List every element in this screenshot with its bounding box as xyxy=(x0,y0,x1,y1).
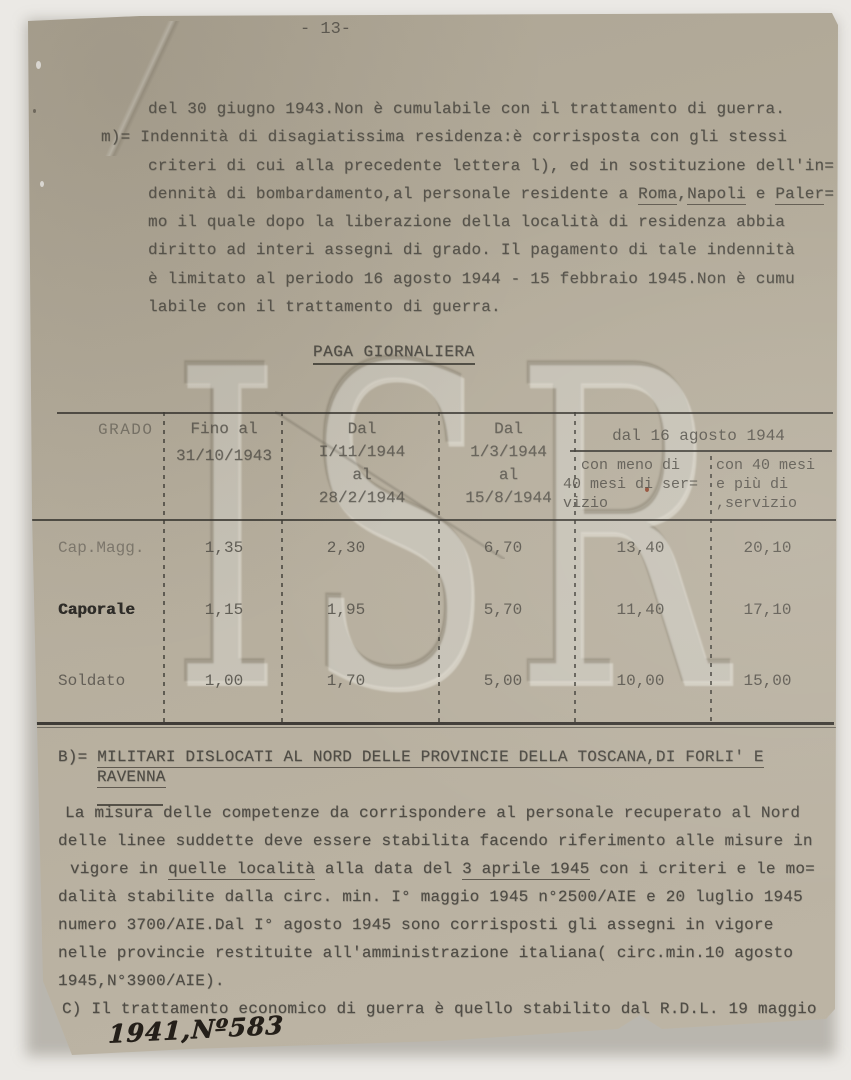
text-line: nelle provincie restituite all'amministr… xyxy=(58,939,817,967)
text-segment: quelle località xyxy=(168,860,315,880)
value-cell: 20,10 xyxy=(720,538,815,558)
table-top-rule xyxy=(57,412,833,414)
header-line: I/11/1944 xyxy=(286,441,438,464)
text-segment: vigore in xyxy=(70,860,168,878)
header-col1: Fino al31/10/1943 xyxy=(168,416,280,470)
header-line: 1/3/1944 xyxy=(443,441,574,464)
text-segment: Paler xyxy=(775,185,824,205)
header-line: 15/8/1944 xyxy=(443,487,574,510)
header-dal16: dal 16 agosto 1944 xyxy=(565,427,832,445)
table-header-rule xyxy=(30,519,836,521)
text-line: B)= MILITARI DISLOCATI AL NORD DELLE PRO… xyxy=(58,743,817,771)
value-cell: 5,00 xyxy=(443,671,563,691)
text-line: è limitato al periodo 16 agosto 1944 - 1… xyxy=(148,265,834,293)
value-cell: 10,00 xyxy=(578,671,703,691)
text-segment: nelle provincie restituite all'amministr… xyxy=(58,944,793,962)
text-segment: B)= xyxy=(58,748,97,766)
text-segment: del 30 giugno 1943.Non è cumulabile con … xyxy=(148,100,785,118)
ravenna-underline xyxy=(97,804,163,806)
text-segment: dalità stabilite dalla circ. min. I° mag… xyxy=(58,888,803,906)
value-cell: 2,30 xyxy=(286,538,406,558)
header-line: al xyxy=(443,464,574,487)
table-bottom-rule xyxy=(34,722,834,725)
text-line: del 30 giugno 1943.Non è cumulabile con … xyxy=(148,95,834,123)
header-line: Dal xyxy=(443,418,574,441)
text-segment: , xyxy=(677,185,687,203)
value-cell: 15,00 xyxy=(720,671,815,691)
value-cell: 11,40 xyxy=(578,600,703,620)
value-cell: 1,00 xyxy=(168,671,280,691)
grado-cell: Cap.Magg. xyxy=(58,538,144,558)
header-line: ,servizio xyxy=(716,494,815,513)
header-line: Dal xyxy=(286,418,438,441)
text-line: dalità stabilite dalla circ. min. I° mag… xyxy=(58,883,817,911)
grado-cell: Soldato xyxy=(58,671,125,691)
paper-fleck xyxy=(33,109,36,113)
paragraph-m: del 30 giugno 1943.Non è cumulabile con … xyxy=(101,95,834,321)
header-line: 28/2/1944 xyxy=(286,487,438,510)
value-cell: 13,40 xyxy=(578,538,703,558)
text-segment: La misura delle competenze da corrispond… xyxy=(65,804,800,822)
header-col2: DalI/11/1944al28/2/1944 xyxy=(286,418,438,510)
text-segment: e xyxy=(746,185,775,203)
value-cell: 1,15 xyxy=(168,600,280,620)
table-title-text: PAGA GIORNALIERA xyxy=(313,343,475,365)
text-segment: dennità di bombardamento,al personale re… xyxy=(148,185,638,203)
value-cell: 5,70 xyxy=(443,600,563,620)
header-line: vizio xyxy=(563,494,698,513)
text-segment: Roma xyxy=(638,185,677,205)
section-b: B)= MILITARI DISLOCATI AL NORD DELLE PRO… xyxy=(58,743,817,1023)
paper-hole xyxy=(36,61,41,69)
text-line: mo il quale dopo la liberazione della lo… xyxy=(148,208,834,236)
table-title: PAGA GIORNALIERA xyxy=(313,343,475,361)
document-page: ISR - 13- del 30 giugno 1943.Non è cumul… xyxy=(20,13,838,1055)
table-row: Soldato1,001,705,0010,0015,00 xyxy=(20,671,838,693)
text-segment: diritto ad interi assegni di grado. Il p… xyxy=(148,241,795,259)
grado-cell: Caporale xyxy=(58,600,135,620)
value-cell: 1,35 xyxy=(168,538,280,558)
text-segment: RAVENNA xyxy=(97,768,166,788)
text-line: delle linee suddette deve essere stabili… xyxy=(58,827,817,855)
header-grado: GRADO xyxy=(98,421,154,439)
text-segment: criteri di cui alla precedente lettera l… xyxy=(148,157,834,175)
text-line: La misura delle competenze da corrispond… xyxy=(65,799,817,827)
text-line: m)= Indennità di disagiatissima residenz… xyxy=(101,123,834,151)
text-line: dennità di bombardamento,al personale re… xyxy=(148,180,834,208)
text-segment: è limitato al periodo 16 agosto 1944 - 1… xyxy=(148,270,795,288)
header-line: e più di xyxy=(716,475,815,494)
value-cell: 1,95 xyxy=(286,600,406,620)
text-segment: MILITARI DISLOCATI AL NORD DELLE PROVINC… xyxy=(97,748,764,768)
table-row: Caporale1,151,955,7011,4017,10 xyxy=(20,600,838,622)
dal16-underline xyxy=(570,450,832,452)
text-line: vigore in quelle località alla data del … xyxy=(70,855,817,883)
text-segment: alla data del xyxy=(315,860,462,878)
page-number: - 13- xyxy=(300,20,351,39)
text-segment: delle linee suddette deve essere stabili… xyxy=(58,832,813,850)
text-segment: Napoli xyxy=(687,185,746,205)
header-line: con 40 mesi xyxy=(716,456,815,475)
value-cell: 1,70 xyxy=(286,671,406,691)
text-line: diritto ad interi assegni di grado. Il p… xyxy=(148,236,834,264)
text-segment: numero 3700/AIE.Dal I° agosto 1945 sono … xyxy=(58,916,774,934)
text-segment: 3 aprile 1945 xyxy=(462,860,589,880)
text-segment: m)= Indennità di disagiatissima residenz… xyxy=(101,128,787,146)
text-line: numero 3700/AIE.Dal I° agosto 1945 sono … xyxy=(58,911,817,939)
header-col3: Dal1/3/1944al15/8/1944 xyxy=(443,418,574,510)
text-line: 1945,N°3900/AIE). xyxy=(58,967,817,995)
text-line: criteri di cui alla precedente lettera l… xyxy=(148,152,834,180)
header-line: 31/10/1943 xyxy=(168,443,280,470)
text-segment: = xyxy=(824,185,834,203)
table-row: Cap.Magg.1,352,306,7013,4020,10 xyxy=(20,538,838,560)
table-bottom-rule-thin xyxy=(34,727,838,728)
header-sub-less40: con meno di40 mesi di ser=vizio xyxy=(563,456,698,513)
header-line: 40 mesi di ser= xyxy=(563,475,698,494)
text-segment: 1945,N°3900/AIE). xyxy=(58,972,225,990)
header-line: Fino al xyxy=(168,416,280,443)
value-cell: 6,70 xyxy=(443,538,563,558)
paper-hole xyxy=(40,181,44,187)
text-segment: con i criteri e le mo= xyxy=(590,860,815,878)
text-line: labile con il trattamento di guerra. xyxy=(148,293,834,321)
value-cell: 17,10 xyxy=(720,600,815,620)
header-line: con meno di xyxy=(563,456,698,475)
header-sub-more40: con 40 mesie più di,servizio xyxy=(716,456,815,513)
text-segment: mo il quale dopo la liberazione della lo… xyxy=(148,213,785,231)
header-line: al xyxy=(286,464,438,487)
text-segment: labile con il trattamento di guerra. xyxy=(148,298,501,316)
